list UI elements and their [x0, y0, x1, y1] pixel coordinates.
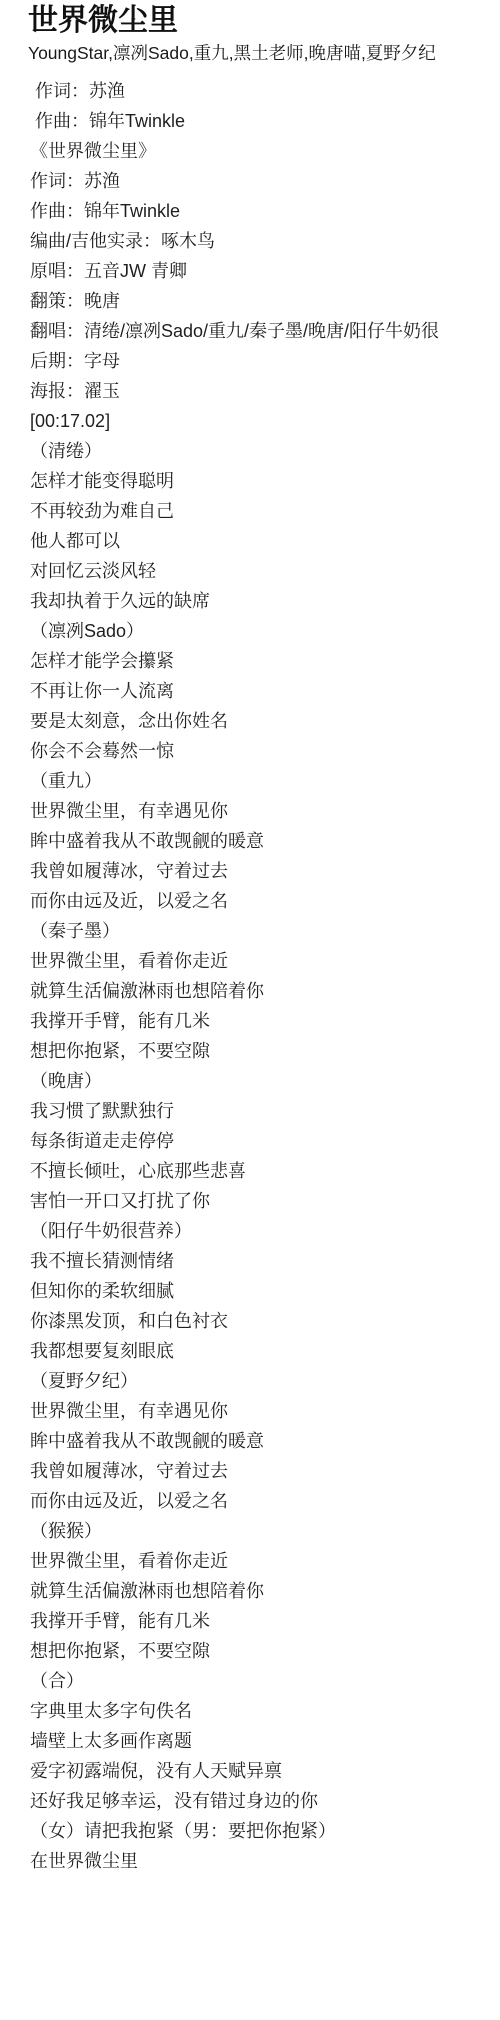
lyric-line: 怎样才能变得聪明 — [30, 466, 500, 496]
lyric-line: 就算生活偏激淋雨也想陪着你 — [30, 976, 500, 1006]
lyric-line: （合） — [30, 1666, 500, 1696]
lyric-line: 每条街道走走停停 — [30, 1126, 500, 1156]
lyrics-block: 作词：苏渔 作曲：锦年Twinkle《世界微尘里》作词：苏渔作曲：锦年Twink… — [30, 76, 500, 1876]
lyric-line: 怎样才能学会攥紧 — [30, 646, 500, 676]
lyric-line: 作词：苏渔 — [30, 166, 500, 196]
lyric-line: 想把你抱紧，不要空隙 — [30, 1036, 500, 1066]
lyric-line: （晚唐） — [30, 1066, 500, 1096]
lyric-line: （凛冽Sado） — [30, 616, 500, 646]
lyric-line: 字典里太多字句佚名 — [30, 1696, 500, 1726]
lyric-line: 后期：字母 — [30, 346, 500, 376]
lyric-line: （猴猴） — [30, 1516, 500, 1546]
lyric-line: 不再让你一人流离 — [30, 676, 500, 706]
lyric-line: 爱字初露端倪，没有人天赋异禀 — [30, 1756, 500, 1786]
lyric-line: 我曾如履薄冰，守着过去 — [30, 1456, 500, 1486]
lyric-line: 在世界微尘里 — [30, 1846, 500, 1876]
artist-names: YoungStar,凛冽Sado,重九,黑土老师,晚唐喵,夏野夕纪 — [28, 41, 500, 65]
lyric-line: 世界微尘里，看着你走近 — [30, 1546, 500, 1576]
lyric-line: （夏野夕纪） — [30, 1366, 500, 1396]
lyric-line: [00:17.02] — [30, 406, 500, 436]
lyric-line: 作词：苏渔 — [30, 76, 500, 106]
lyric-line: （清绻） — [30, 436, 500, 466]
lyric-line: 翻唱：清绻/凛冽Sado/重九/秦子墨/晚唐/阳仔牛奶很 — [30, 316, 500, 346]
lyric-line: 海报：濯玉 — [30, 376, 500, 406]
lyric-line: 而你由远及近，以爱之名 — [30, 886, 500, 916]
lyric-line: 我撑开手臂，能有几米 — [30, 1006, 500, 1036]
lyric-line: 要是太刻意，念出你姓名 — [30, 706, 500, 736]
lyric-line: 我不擅长猜测情绪 — [30, 1246, 500, 1276]
lyric-line: （重九） — [30, 766, 500, 796]
lyric-line: 世界微尘里，有幸遇见你 — [30, 1396, 500, 1426]
lyric-line: 我曾如履薄冰，守着过去 — [30, 856, 500, 886]
lyric-line: 我撑开手臂，能有几米 — [30, 1606, 500, 1636]
lyric-line: 翻策：晚唐 — [30, 286, 500, 316]
lyric-line: 我习惯了默默独行 — [30, 1096, 500, 1126]
lyric-line: 就算生活偏激淋雨也想陪着你 — [30, 1576, 500, 1606]
lyric-line: 世界微尘里，看着你走近 — [30, 946, 500, 976]
lyric-line: 想把你抱紧，不要空隙 — [30, 1636, 500, 1666]
lyric-line: 但知你的柔软细腻 — [30, 1276, 500, 1306]
lyric-line: 《世界微尘里》 — [30, 136, 500, 166]
lyric-line: 不再较劲为难自己 — [30, 496, 500, 526]
lyric-line: 我都想要复刻眼底 — [30, 1336, 500, 1366]
lyric-line: 墙壁上太多画作离题 — [30, 1726, 500, 1756]
lyric-line: 原唱：五音JW 青卿 — [30, 256, 500, 286]
lyric-line: 而你由远及近，以爱之名 — [30, 1486, 500, 1516]
lyric-line: 你会不会蓦然一惊 — [30, 736, 500, 766]
lyric-line: 不擅长倾吐，心底那些悲喜 — [30, 1156, 500, 1186]
lyric-line: 世界微尘里，有幸遇见你 — [30, 796, 500, 826]
lyric-line: 作曲：锦年Twinkle — [30, 196, 500, 226]
lyric-line: 眸中盛着我从不敢觊觎的暖意 — [30, 826, 500, 856]
lyric-line: 你漆黑发顶，和白色衬衣 — [30, 1306, 500, 1336]
lyric-line: 还好我足够幸运，没有错过身边的你 — [30, 1786, 500, 1816]
lyric-line: 他人都可以 — [30, 526, 500, 556]
lyrics-page: 世界微尘里 YoungStar,凛冽Sado,重九,黑土老师,晚唐喵,夏野夕纪 … — [0, 0, 500, 2020]
lyric-line: 我却执着于久远的缺席 — [30, 586, 500, 616]
lyric-line: （秦子墨） — [30, 916, 500, 946]
song-title: 世界微尘里 — [28, 2, 500, 40]
lyric-line: 对回忆云淡风轻 — [30, 556, 500, 586]
lyric-line: 作曲：锦年Twinkle — [30, 106, 500, 136]
lyric-line: （女）请把我抱紧（男：要把你抱紧） — [30, 1816, 500, 1846]
lyric-line: 害怕一开口又打扰了你 — [30, 1186, 500, 1216]
lyric-line: （阳仔牛奶很营养） — [30, 1216, 500, 1246]
lyric-line: 编曲/吉他实录：啄木鸟 — [30, 226, 500, 256]
lyric-line: 眸中盛着我从不敢觊觎的暖意 — [30, 1426, 500, 1456]
